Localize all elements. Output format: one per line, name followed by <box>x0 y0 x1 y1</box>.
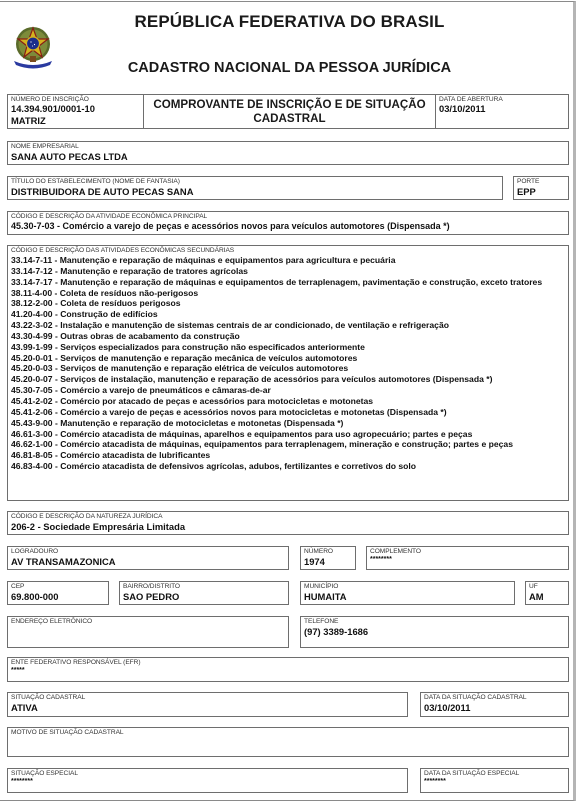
natureza-juridica-value: 206-2 - Sociedade Empresária Limitada <box>11 521 185 532</box>
divider <box>435 95 436 128</box>
atividade-principal-box: CÓDIGO E DESCRIÇÃO DA ATIVIDADE ECONÔMIC… <box>7 211 569 235</box>
cep-value: 69.800-000 <box>11 591 58 602</box>
motivo-situacao-label: MOTIVO DE SITUAÇÃO CADASTRAL <box>11 729 124 736</box>
natureza-juridica-box: CÓDIGO E DESCRIÇÃO DA NATUREZA JURÍDICA … <box>7 511 569 535</box>
situacao-especial-value: ******** <box>11 778 33 785</box>
situacao-especial-box: SITUAÇÃO ESPECIAL ******** <box>7 768 408 793</box>
atividades-secundarias-box: CÓDIGO E DESCRIÇÃO DAS ATIVIDADES ECONÔM… <box>7 245 569 501</box>
atividade-secundaria-item: 38.12-2-00 - Coleta de resíduos perigoso… <box>11 298 564 309</box>
inscricao-box: NÚMERO DE INSCRIÇÃO 14.394.901/0001-10 M… <box>7 94 569 129</box>
atividade-secundaria-item: 43.30-4-99 - Outras obras de acabamento … <box>11 331 564 342</box>
atividades-secundarias-list: 33.14-7-11 - Manutenção e reparação de m… <box>11 255 564 472</box>
data-situacao-cadastral-value: 03/10/2011 <box>424 702 470 713</box>
porte-box: PORTE EPP <box>513 176 569 200</box>
inscricao-label: NÚMERO DE INSCRIÇÃO <box>11 96 89 103</box>
telefone-box: TELEFONE (97) 3389-1686 <box>300 616 569 648</box>
situacao-cadastral-value: ATIVA <box>11 702 38 713</box>
uf-value: AM <box>529 591 544 602</box>
data-situacao-especial-box: DATA DA SITUAÇÃO ESPECIAL ******** <box>420 768 569 793</box>
atividade-secundaria-item: 43.22-3-02 - Instalação e manutenção de … <box>11 320 564 331</box>
data-situacao-cadastral-label: DATA DA SITUAÇÃO CADASTRAL <box>424 694 527 701</box>
complemento-value: ******** <box>370 556 392 563</box>
nome-empresarial-box: NOME EMPRESARIAL SANA AUTO PECAS LTDA <box>7 141 569 165</box>
uf-box: UF AM <box>525 581 569 605</box>
titulo-estabelecimento-box: TÍTULO DO ESTABELECIMENTO (NOME DE FANTA… <box>7 176 503 200</box>
atividade-secundaria-item: 45.20-0-07 - Serviços de instalação, man… <box>11 374 564 385</box>
motivo-situacao-box: MOTIVO DE SITUAÇÃO CADASTRAL <box>7 727 569 757</box>
logradouro-label: LOGRADOURO <box>11 548 58 555</box>
logradouro-box: LOGRADOURO AV TRANSAMAZONICA <box>7 546 289 570</box>
cep-box: CEP 69.800-000 <box>7 581 109 605</box>
situacao-especial-label: SITUAÇÃO ESPECIAL <box>11 770 78 777</box>
atividade-secundaria-item: 33.14-7-11 - Manutenção e reparação de m… <box>11 255 564 266</box>
porte-value: EPP <box>517 186 536 197</box>
atividade-principal-label: CÓDIGO E DESCRIÇÃO DA ATIVIDADE ECONÔMIC… <box>11 213 207 220</box>
inscricao-tipo: MATRIZ <box>11 115 46 126</box>
atividade-secundaria-item: 33.14-7-17 - Manutenção e reparação de m… <box>11 277 564 288</box>
comprovante-title-line2: CADASTRAL <box>144 112 435 126</box>
efr-value: ***** <box>11 667 25 674</box>
atividade-secundaria-item: 46.61-3-00 - Comércio atacadista de máqu… <box>11 429 564 440</box>
atividade-secundaria-item: 41.20-4-00 - Construção de edifícios <box>11 309 564 320</box>
numero-box: NÚMERO 1974 <box>300 546 356 570</box>
situacao-cadastral-label: SITUAÇÃO CADASTRAL <box>11 694 85 701</box>
complemento-box: COMPLEMENTO ******** <box>366 546 569 570</box>
natureza-juridica-label: CÓDIGO E DESCRIÇÃO DA NATUREZA JURÍDICA <box>11 513 162 520</box>
atividade-secundaria-item: 45.20-0-03 - Serviços de manutenção e re… <box>11 363 564 374</box>
atividade-secundaria-item: 46.83-4-00 - Comércio atacadista de defe… <box>11 461 564 472</box>
numero-value: 1974 <box>304 556 325 567</box>
atividade-secundaria-item: 38.11-4-00 - Coleta de resíduos não-peri… <box>11 288 564 299</box>
uf-label: UF <box>529 583 538 590</box>
atividade-principal-value: 45.30-7-03 - Comércio a varejo de peças … <box>11 221 450 231</box>
cep-label: CEP <box>11 583 24 590</box>
data-situacao-cadastral-box: DATA DA SITUAÇÃO CADASTRAL 03/10/2011 <box>420 692 569 717</box>
atividade-secundaria-item: 45.41-2-02 - Comércio por atacado de peç… <box>11 396 564 407</box>
nome-empresarial-label: NOME EMPRESARIAL <box>11 143 79 150</box>
atividade-secundaria-item: 45.41-2-06 - Comércio a varejo de peças … <box>11 407 564 418</box>
atividade-secundaria-item: 33.14-7-12 - Manutenção e reparação de t… <box>11 266 564 277</box>
inscricao-numero: 14.394.901/0001-10 <box>11 103 95 114</box>
bairro-box: BAIRRO/DISTRITO SAO PEDRO <box>119 581 289 605</box>
municipio-label: MUNICÍPIO <box>304 583 338 590</box>
data-situacao-especial-value: ******** <box>424 778 446 785</box>
municipio-box: MUNICÍPIO HUMAITA <box>300 581 515 605</box>
atividade-secundaria-item: 45.30-7-05 - Comércio a varejo de pneumá… <box>11 385 564 396</box>
header-subtitle: CADASTRO NACIONAL DA PESSOA JURÍDICA <box>0 60 579 76</box>
efr-box: ENTE FEDERATIVO RESPONSÁVEL (EFR) ***** <box>7 657 569 682</box>
header-title: REPÚBLICA FEDERATIVA DO BRASIL <box>0 12 579 32</box>
bairro-value: SAO PEDRO <box>123 591 179 602</box>
email-box: ENDEREÇO ELETRÔNICO <box>7 616 289 648</box>
titulo-estabelecimento-label: TÍTULO DO ESTABELECIMENTO (NOME DE FANTA… <box>11 178 180 185</box>
data-situacao-especial-label: DATA DA SITUAÇÃO ESPECIAL <box>424 770 519 777</box>
email-label: ENDEREÇO ELETRÔNICO <box>11 618 92 625</box>
comprovante-title-line1: COMPROVANTE DE INSCRIÇÃO E DE SITUAÇÃO <box>144 98 435 112</box>
logradouro-value: AV TRANSAMAZONICA <box>11 556 116 567</box>
numero-label: NÚMERO <box>304 548 333 555</box>
atividade-secundaria-item: 46.81-8-05 - Comércio atacadista de lubr… <box>11 450 564 461</box>
atividade-secundaria-item: 43.99-1-99 - Serviços especializados par… <box>11 342 564 353</box>
atividade-secundaria-item: 45.43-9-00 - Manutenção e reparação de m… <box>11 418 564 429</box>
comprovante-title: COMPROVANTE DE INSCRIÇÃO E DE SITUAÇÃO C… <box>144 98 435 126</box>
municipio-value: HUMAITA <box>304 591 347 602</box>
complemento-label: COMPLEMENTO <box>370 548 421 555</box>
telefone-label: TELEFONE <box>304 618 338 625</box>
situacao-cadastral-box: SITUAÇÃO CADASTRAL ATIVA <box>7 692 408 717</box>
atividades-secundarias-label: CÓDIGO E DESCRIÇÃO DAS ATIVIDADES ECONÔM… <box>11 247 234 254</box>
abertura-value: 03/10/2011 <box>439 103 485 114</box>
porte-label: PORTE <box>517 178 539 185</box>
abertura-label: DATA DE ABERTURA <box>439 96 503 103</box>
titulo-estabelecimento-value: DISTRIBUIDORA DE AUTO PECAS SANA <box>11 186 193 197</box>
efr-label: ENTE FEDERATIVO RESPONSÁVEL (EFR) <box>11 659 141 666</box>
telefone-value: (97) 3389-1686 <box>304 626 368 637</box>
atividade-secundaria-item: 45.20-0-01 - Serviços de manutenção e re… <box>11 353 564 364</box>
bairro-label: BAIRRO/DISTRITO <box>123 583 180 590</box>
atividade-secundaria-item: 46.62-1-00 - Comércio atacadista de máqu… <box>11 439 564 450</box>
nome-empresarial-value: SANA AUTO PECAS LTDA <box>11 151 128 162</box>
